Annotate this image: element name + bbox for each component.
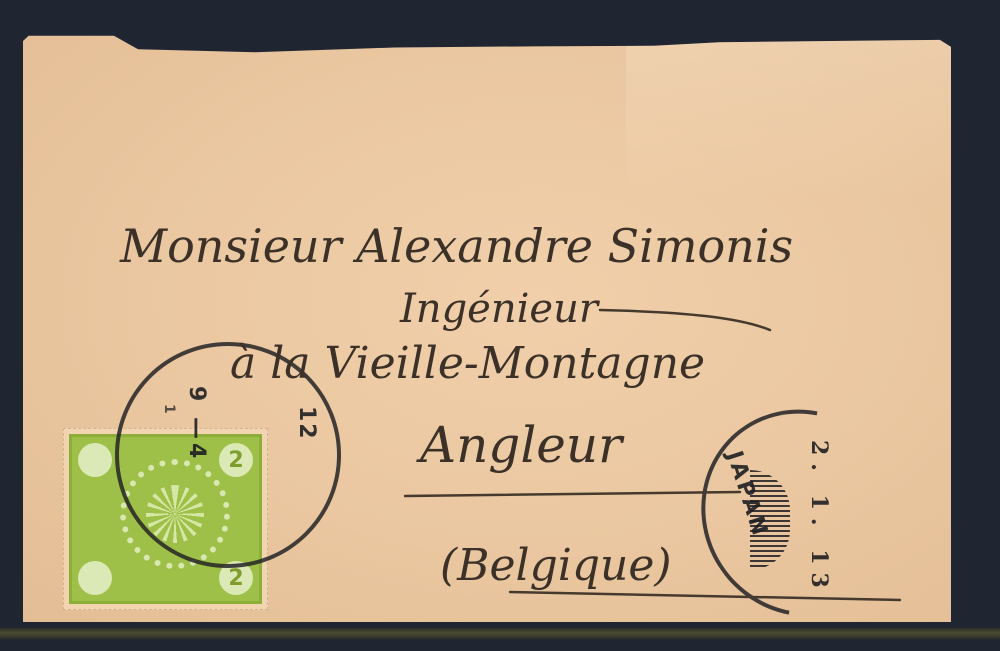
origin-postmark-month: 12 <box>294 406 319 441</box>
envelope-fold-shade <box>626 34 951 199</box>
stamp-corner-tl <box>78 443 112 477</box>
origin-postmark-numeral: 1 <box>161 404 177 416</box>
mount-strip <box>0 628 1000 640</box>
stamp-corner-bl <box>78 561 112 595</box>
origin-postmark-date: 9 —4 <box>184 386 209 462</box>
arrival-postmark-date: 2. 1. 13 <box>806 440 832 596</box>
origin-postmark: 9 —4 12 1 <box>115 342 341 568</box>
